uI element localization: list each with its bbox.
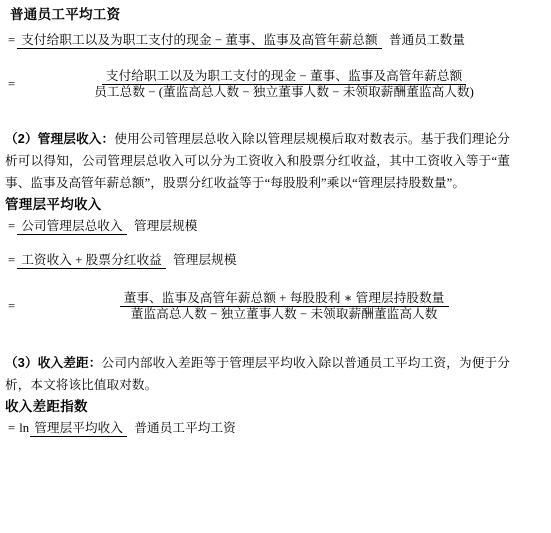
fraction: 管理层平均收入 普通员工平均工资 bbox=[30, 420, 240, 436]
heading-ordinary-employee-average-wage: 普通员工平均工资 bbox=[10, 7, 551, 23]
formula-management-income-2: = 工资收入 + 股票分红收益 管理层规模 bbox=[5, 252, 551, 268]
fraction-numerator: 管理层平均收入 bbox=[30, 421, 127, 437]
fraction: 支付给职工以及为职工支付的现金 − 董事、监事及高管年薪总额 员工总数 − (董… bbox=[17, 68, 551, 100]
equals-sign: = bbox=[8, 421, 15, 436]
equals-sign: = bbox=[8, 33, 15, 48]
fraction-denominator: 普通员工数量 bbox=[385, 32, 469, 47]
formula-employee-wage-1: = 支付给职工以及为职工支付的现金 − 董事、监事及高管年薪总额 普通员工数量 bbox=[5, 32, 551, 48]
formula-management-income-1: = 公司管理层总收入 管理层规模 bbox=[5, 218, 551, 234]
fraction-denominator: 员工总数 − (董监高总人数 − 独立董事人数 − 未领取薪酬董监高人数) bbox=[90, 84, 478, 99]
paragraph-income-gap: （3）收入差距：公司内部收入差距等于管理层平均收入除以普通员工平均工资，为便于分… bbox=[5, 352, 510, 396]
fraction-denominator: 董监高总人数 − 独立董事人数 − 未领取薪酬董监高人数 bbox=[127, 306, 442, 321]
fraction-denominator: 管理层规模 bbox=[169, 252, 240, 267]
document-page: 普通员工平均工资 = 支付给职工以及为职工支付的现金 − 董事、监事及高管年薪总… bbox=[0, 0, 551, 436]
paragraph-lead: （2）管理层收入： bbox=[5, 132, 114, 146]
equals-sign: = bbox=[8, 253, 15, 268]
fraction: 公司管理层总收入 管理层规模 bbox=[17, 218, 201, 234]
fraction: 董事、监事及高管年薪总额 + 每股股利 ∗ 管理层持股数量 董监高总人数 − 独… bbox=[17, 290, 551, 322]
ln-operator: ln bbox=[19, 421, 29, 436]
heading-management-average-income: 管理层平均收入 bbox=[5, 194, 551, 216]
equals-sign: = bbox=[8, 77, 15, 92]
formula-employee-wage-2: = 支付给职工以及为职工支付的现金 − 董事、监事及高管年薪总额 员工总数 − … bbox=[5, 68, 551, 100]
fraction-numerator: 董事、监事及高管年薪总额 + 每股股利 ∗ 管理层持股数量 bbox=[120, 291, 449, 307]
paragraph-management-income: （2）管理层收入：使用公司管理层总收入除以管理层规模后取对数表示。基于我们理论分… bbox=[5, 128, 510, 194]
paragraph-lead: （3）收入差距： bbox=[5, 356, 102, 370]
formula-income-gap-index: = ln 管理层平均收入 普通员工平均工资 bbox=[5, 420, 551, 436]
fraction-numerator: 支付给职工以及为职工支付的现金 − 董事、监事及高管年薪总额 bbox=[17, 33, 381, 49]
fraction-numerator: 工资收入 + 股票分红收益 bbox=[17, 253, 166, 269]
fraction-numerator: 公司管理层总收入 bbox=[17, 219, 127, 235]
fraction-denominator: 管理层规模 bbox=[130, 218, 201, 233]
fraction: 支付给职工以及为职工支付的现金 − 董事、监事及高管年薪总额 普通员工数量 bbox=[17, 32, 469, 48]
fraction-numerator: 支付给职工以及为职工支付的现金 − 董事、监事及高管年薪总额 bbox=[102, 69, 466, 85]
equals-sign: = bbox=[8, 299, 15, 314]
formula-management-income-3: = 董事、监事及高管年薪总额 + 每股股利 ∗ 管理层持股数量 董监高总人数 −… bbox=[5, 290, 551, 322]
fraction-denominator: 普通员工平均工资 bbox=[130, 420, 240, 435]
fraction: 工资收入 + 股票分红收益 管理层规模 bbox=[17, 252, 240, 268]
equals-sign: = bbox=[8, 219, 15, 234]
heading-income-gap-index: 收入差距指数 bbox=[5, 396, 551, 418]
